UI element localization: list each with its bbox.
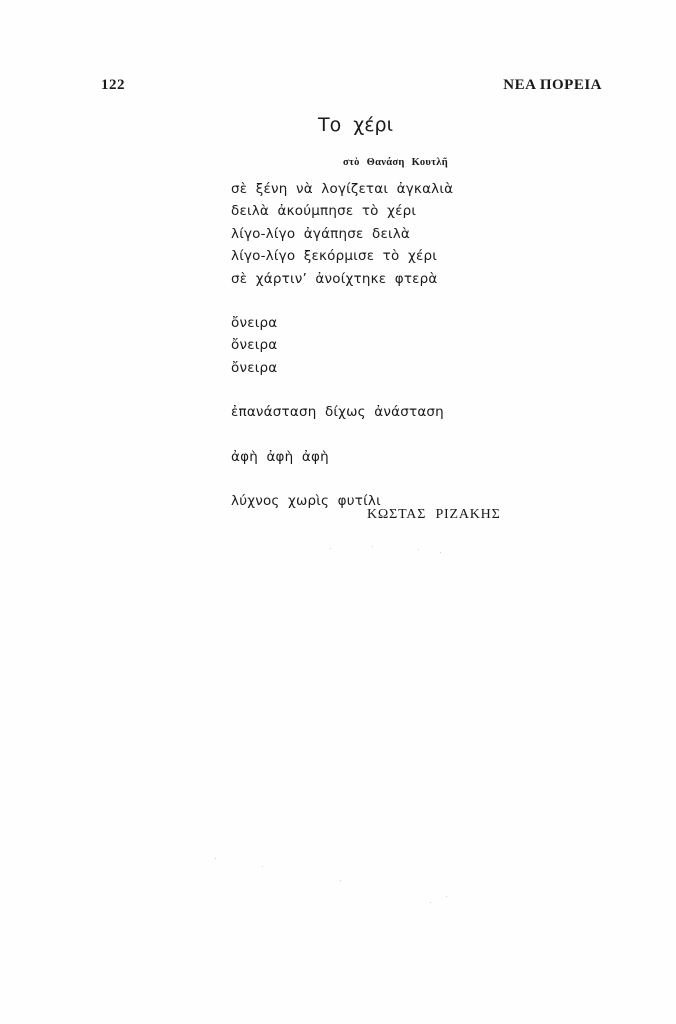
poem-line: δειλὰ ἀκούμπησε τὸ χέρι	[231, 200, 453, 222]
scan-speck	[262, 866, 263, 867]
poem-line: λίγο-λίγο ἀγάπησε δειλὰ	[231, 223, 453, 245]
poem-line: ὄνειρα	[231, 357, 453, 379]
poem-author: ΚΩΣΤΑΣ ΡΙΖΑΚΗΣ	[367, 507, 501, 523]
scan-speck	[340, 880, 341, 881]
scan-speck	[215, 858, 216, 859]
scan-speck	[330, 548, 331, 549]
scan-speck	[440, 552, 441, 553]
book-page: 122 ΝΕΑ ΠΟΡΕΙΑ Το χέρι στὸ Θανάση Κουτλῆ…	[0, 0, 676, 1024]
scan-speck	[418, 549, 419, 550]
scan-speck	[430, 902, 431, 903]
stanza: ὄνειρα ὄνειρα ὄνειρα	[231, 312, 453, 379]
poem-line: σὲ χάρτιν’ ἀνοίχτηκε φτερὰ	[231, 268, 453, 290]
stanza: ἀφὴ ἀφὴ ἀφὴ	[231, 446, 453, 468]
poem-line: ἀφὴ ἀφὴ ἀφὴ	[231, 446, 453, 468]
poem-line: ὄνειρα	[231, 312, 453, 334]
stanza: ἐπανάσταση δίχως ἀνάσταση	[231, 401, 453, 423]
page-number: 122	[101, 77, 125, 94]
poem-body: σὲ ξένη νὰ λογίζεται ἀγκαλιὰ δειλὰ ἀκούμ…	[231, 178, 453, 534]
poem-line: λίγο-λίγο ξεκόρμισε τὸ χέρι	[231, 245, 453, 267]
poem-dedication: στὸ Θανάση Κουτλῆ	[343, 157, 448, 168]
poem-line: σὲ ξένη νὰ λογίζεται ἀγκαλιὰ	[231, 178, 453, 200]
scan-speck	[446, 896, 447, 897]
poem-line: ἐπανάσταση δίχως ἀνάσταση	[231, 401, 453, 423]
running-head: ΝΕΑ ΠΟΡΕΙΑ	[503, 77, 602, 94]
poem-line: ὄνειρα	[231, 334, 453, 356]
scan-speck	[372, 546, 373, 547]
poem-title: Το χέρι	[318, 114, 393, 136]
stanza: σὲ ξένη νὰ λογίζεται ἀγκαλιὰ δειλὰ ἀκούμ…	[231, 178, 453, 290]
